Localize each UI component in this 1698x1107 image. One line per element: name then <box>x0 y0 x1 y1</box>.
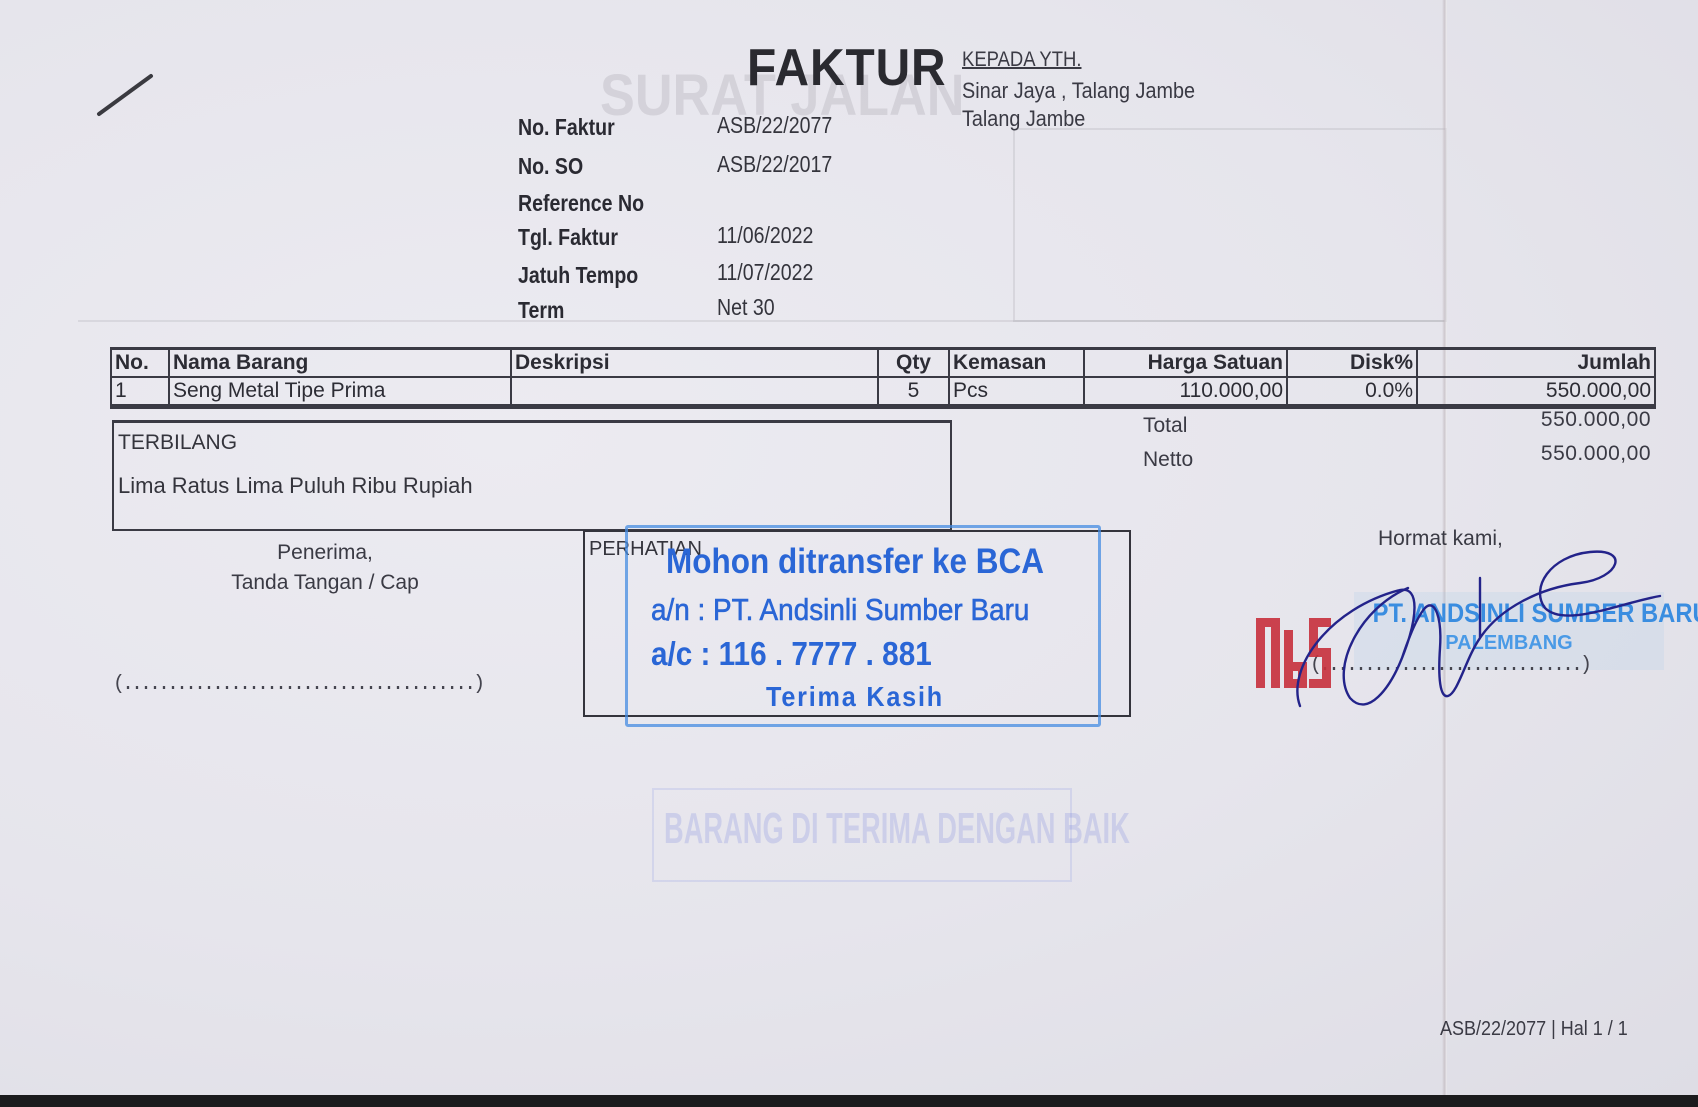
so-number-value: ASB/22/2017 <box>717 151 832 178</box>
cell-no: 1 <box>111 377 169 407</box>
cell-harga-satuan: 110.000,00 <box>1084 377 1287 407</box>
recipient-line-2: Talang Jambe <box>962 106 1085 132</box>
reference-no-label: Reference No <box>518 190 644 217</box>
amount-in-words-value: Lima Ratus Lima Puluh Ribu Rupiah <box>118 473 473 499</box>
total-label: Total <box>1143 414 1187 438</box>
col-kemasan: Kemasan <box>949 349 1084 378</box>
bank-transfer-stamp: Mohon ditransfer ke BCA a/n : PT. Andsin… <box>625 525 1101 727</box>
col-harga-satuan: Harga Satuan <box>1084 349 1287 378</box>
cell-deskripsi <box>511 377 878 407</box>
table-row: 1 Seng Metal Tipe Prima 5 Pcs 110.000,00… <box>111 377 1655 407</box>
receiver-sign-caption: Tanda Tangan / Cap <box>160 571 490 595</box>
invoice-number-value: ASB/22/2077 <box>717 112 832 139</box>
netto-value: 550.000,00 <box>1541 442 1651 466</box>
receiver-sign-line: (.......................................… <box>113 673 482 696</box>
netto-label: Netto <box>1143 448 1193 472</box>
invoice-date-label: Tgl. Faktur <box>518 224 618 251</box>
stamp-line-1: Mohon ditransfer ke BCA <box>666 542 1044 582</box>
term-label: Term <box>518 297 564 324</box>
signature-icon <box>1290 548 1680 728</box>
ghost-box <box>1013 128 1447 322</box>
recipient-label: KEPADA YTH. <box>962 48 1081 72</box>
cell-kemasan: Pcs <box>949 377 1084 407</box>
invoice-paper: SURAT JALAN FAKTUR KEPADA YTH. Sinar Jay… <box>0 0 1698 1095</box>
amount-in-words-label: TERBILANG <box>118 431 237 455</box>
table-header-row: No. Nama Barang Deskripsi Qty Kemasan Ha… <box>111 349 1655 378</box>
receiver-label: Penerima, <box>160 541 490 565</box>
received-goods-stamp: BARANG DI TERIMA DENGAN BAIK <box>652 788 1072 882</box>
col-nama-barang: Nama Barang <box>169 349 511 378</box>
stamp-line-2: a/n : PT. Andsinli Sumber Baru <box>651 592 1029 628</box>
so-number-label: No. SO <box>518 153 583 180</box>
amount-in-words-box: TERBILANG Lima Ratus Lima Puluh Ribu Rup… <box>112 420 952 531</box>
col-jumlah: Jumlah <box>1417 349 1655 378</box>
due-date-value: 11/07/2022 <box>717 259 813 286</box>
page-footer: ASB/22/2077 | Hal 1 / 1 <box>1440 1018 1628 1041</box>
cell-qty: 5 <box>878 377 949 407</box>
stamp-line-3: a/c : 116 . 7777 . 881 <box>651 635 932 673</box>
term-value: Net 30 <box>717 294 775 321</box>
cell-jumlah: 550.000,00 <box>1417 377 1655 407</box>
received-goods-stamp-text: BARANG DI TERIMA DENGAN BAIK <box>664 804 1130 854</box>
col-deskripsi: Deskripsi <box>511 349 878 378</box>
cell-nama-barang: Seng Metal Tipe Prima <box>169 377 511 407</box>
col-no: No. <box>111 349 169 378</box>
invoice-date-value: 11/06/2022 <box>717 222 813 249</box>
stamp-line-4: Terima Kasih <box>766 681 944 713</box>
total-value: 550.000,00 <box>1541 408 1651 432</box>
cell-disk: 0.0% <box>1287 377 1417 407</box>
document-title: FAKTUR <box>747 38 947 98</box>
pen-mark-icon <box>95 70 155 120</box>
recipient-line-1: Sinar Jaya , Talang Jambe <box>962 78 1195 104</box>
due-date-label: Jatuh Tempo <box>518 262 638 289</box>
invoice-number-label: No. Faktur <box>518 114 615 141</box>
col-qty: Qty <box>878 349 949 378</box>
items-table: No. Nama Barang Deskripsi Qty Kemasan Ha… <box>110 347 1656 409</box>
col-disk: Disk% <box>1287 349 1417 378</box>
